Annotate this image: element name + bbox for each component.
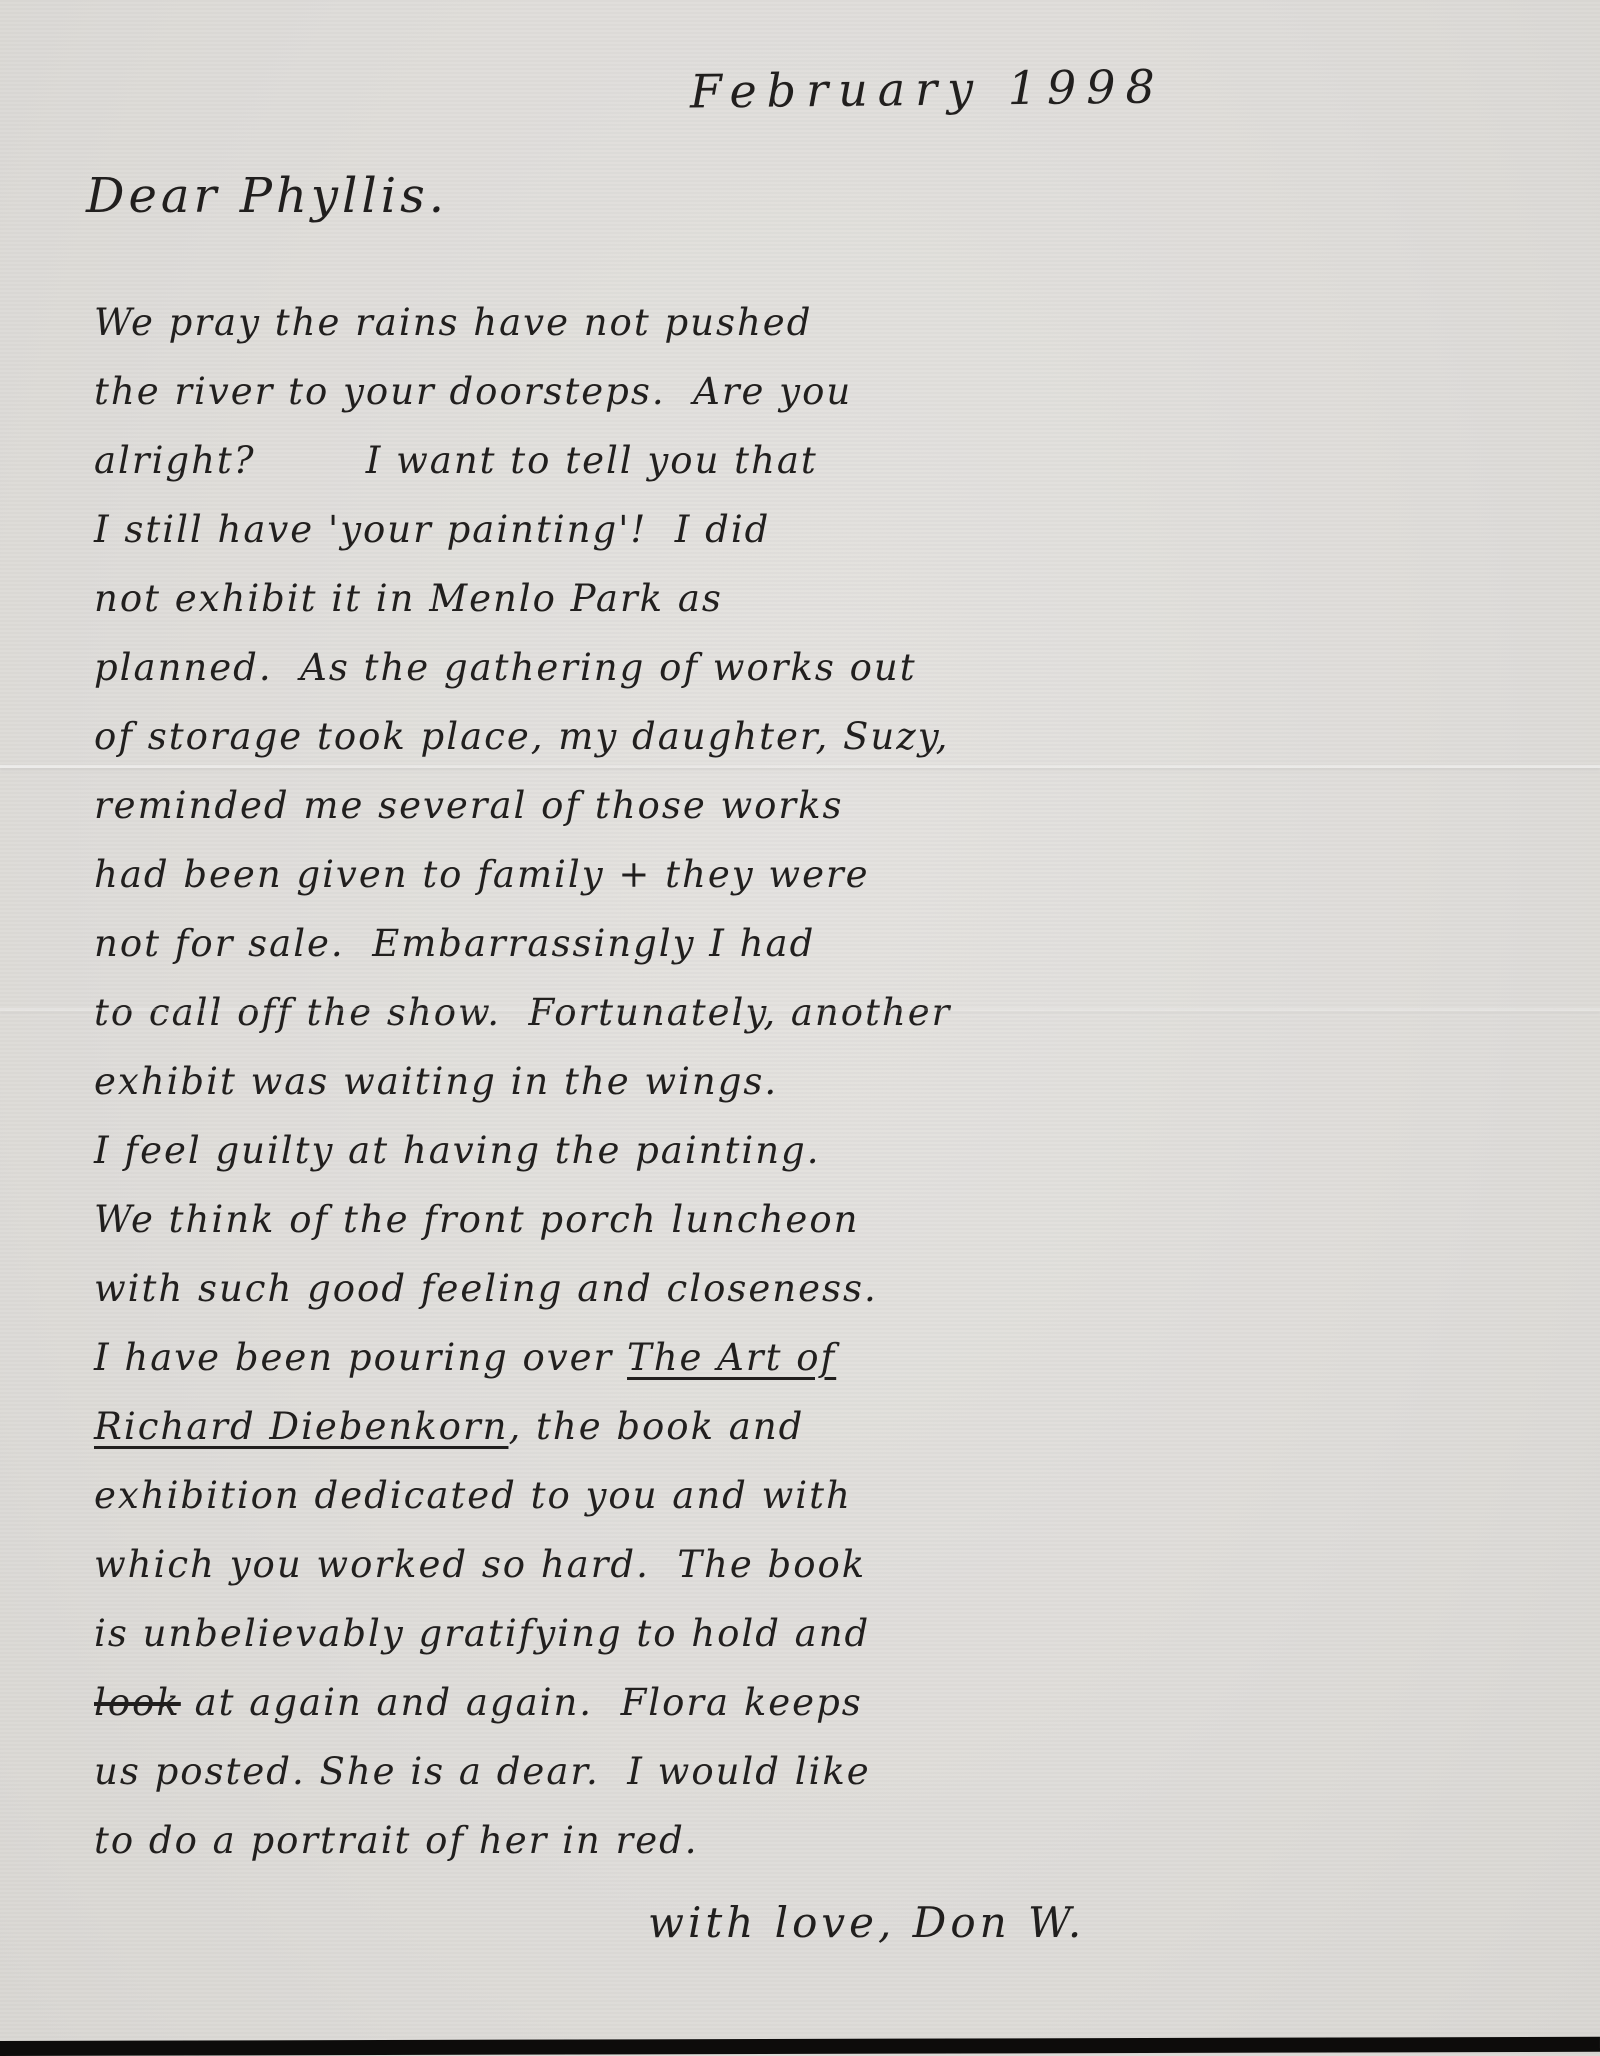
letter-page: February 1998 Dear Phyllis. We pray the … [0, 0, 1600, 2056]
letter-line: I still have 'your painting'! I did [94, 495, 1214, 564]
letter-line: had been given to family + they were [94, 840, 1214, 909]
text-segment: which you worked so hard. The book [94, 1543, 866, 1586]
letter-line: exhibit was waiting in the wings. [94, 1047, 1214, 1116]
text-segment: us posted. She is a dear. I would like [94, 1750, 871, 1793]
letter-line: to do a portrait of her in red. [94, 1806, 1214, 1875]
text-segment: , the book and [508, 1405, 804, 1448]
letter-line: which you worked so hard. The book [94, 1530, 1214, 1599]
fold-crease [0, 1008, 1600, 1011]
text-segment: had been given to family + they were [94, 853, 870, 896]
letter-line: not exhibit it in Menlo Park as [94, 564, 1214, 633]
text-segment: We think of the front porch luncheon [94, 1198, 859, 1241]
letter-line: We pray the rains have not pushed [94, 288, 1214, 357]
text-segment: I feel guilty at having the painting. [94, 1129, 821, 1172]
date-line: February 1998 [690, 60, 1165, 119]
underlined-text: The Art of [627, 1336, 836, 1379]
letter-line: planned. As the gathering of works out [94, 633, 1214, 702]
salutation: Dear Phyllis. [86, 168, 448, 224]
letter-line: with such good feeling and closeness. [94, 1254, 1214, 1323]
letter-line: alright? I want to tell you that [94, 426, 1214, 495]
text-segment: to do a portrait of her in red. [94, 1819, 699, 1862]
letter-line: us posted. She is a dear. I would like [94, 1737, 1214, 1806]
text-segment: I have been pouring over [94, 1336, 627, 1379]
closing-line: with love, Don W. [648, 1898, 1085, 1947]
letter-line: I have been pouring over The Art of [94, 1323, 1214, 1392]
underlined-text: Richard Diebenkorn [94, 1405, 508, 1448]
letter-body: We pray the rains have not pushedthe riv… [94, 288, 1214, 1875]
scan-edge-bar [0, 2037, 1600, 2056]
letter-line: look at again and again. Flora keeps [94, 1668, 1214, 1737]
text-segment: I still have 'your painting'! I did [94, 508, 770, 551]
letter-line: to call off the show. Fortunately, anoth… [94, 978, 1214, 1047]
letter-line: I feel guilty at having the painting. [94, 1116, 1214, 1185]
letter-line: reminded me several of those works [94, 771, 1214, 840]
letter-line: of storage took place, my daughter, Suzy… [94, 702, 1214, 771]
text-segment: exhibition dedicated to you and with [94, 1474, 852, 1517]
letter-line: is unbelievably gratifying to hold and [94, 1599, 1214, 1668]
text-segment: We pray the rains have not pushed [94, 301, 812, 344]
text-segment: not exhibit it in Menlo Park as [94, 577, 723, 620]
letter-line: Richard Diebenkorn, the book and [94, 1392, 1214, 1461]
text-segment: of storage took place, my daughter, Suzy… [94, 715, 949, 758]
text-segment: with such good feeling and closeness. [94, 1267, 878, 1310]
letter-line: We think of the front porch luncheon [94, 1185, 1214, 1254]
text-segment: the river to your doorsteps. Are you [94, 370, 852, 413]
struck-text: look [94, 1681, 181, 1724]
fold-crease [0, 765, 1600, 768]
letter-line: not for sale. Embarrassingly I had [94, 909, 1214, 978]
text-segment: is unbelievably gratifying to hold and [94, 1612, 870, 1655]
text-segment: alright? I want to tell you that [94, 439, 818, 482]
text-segment: planned. As the gathering of works out [94, 646, 917, 689]
text-segment: at again and again. Flora keeps [181, 1681, 863, 1724]
text-segment: reminded me several of those works [94, 784, 844, 827]
text-segment: to call off the show. Fortunately, anoth… [94, 991, 951, 1034]
text-segment: exhibit was waiting in the wings. [94, 1060, 778, 1103]
letter-line: exhibition dedicated to you and with [94, 1461, 1214, 1530]
text-segment: not for sale. Embarrassingly I had [94, 922, 815, 965]
letter-line: the river to your doorsteps. Are you [94, 357, 1214, 426]
